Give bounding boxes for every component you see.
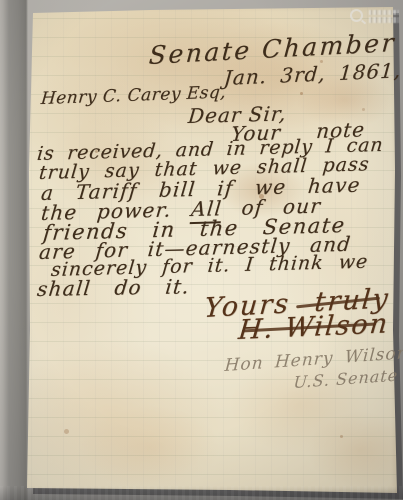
watermark-text-blocks bbox=[369, 10, 399, 15]
background-left-strip bbox=[0, 0, 28, 500]
magnifier-handle bbox=[361, 20, 366, 25]
watermark-text-blocks bbox=[369, 17, 399, 23]
background-bottom-edge bbox=[0, 486, 403, 500]
foxing-specks bbox=[300, 92, 303, 95]
watermark-logo bbox=[347, 7, 400, 27]
photo-of-letter: Senate Chamber Jan. 3rd, 1861, Henry C. … bbox=[0, 0, 403, 500]
body-line-9: shall do it. bbox=[36, 274, 191, 301]
